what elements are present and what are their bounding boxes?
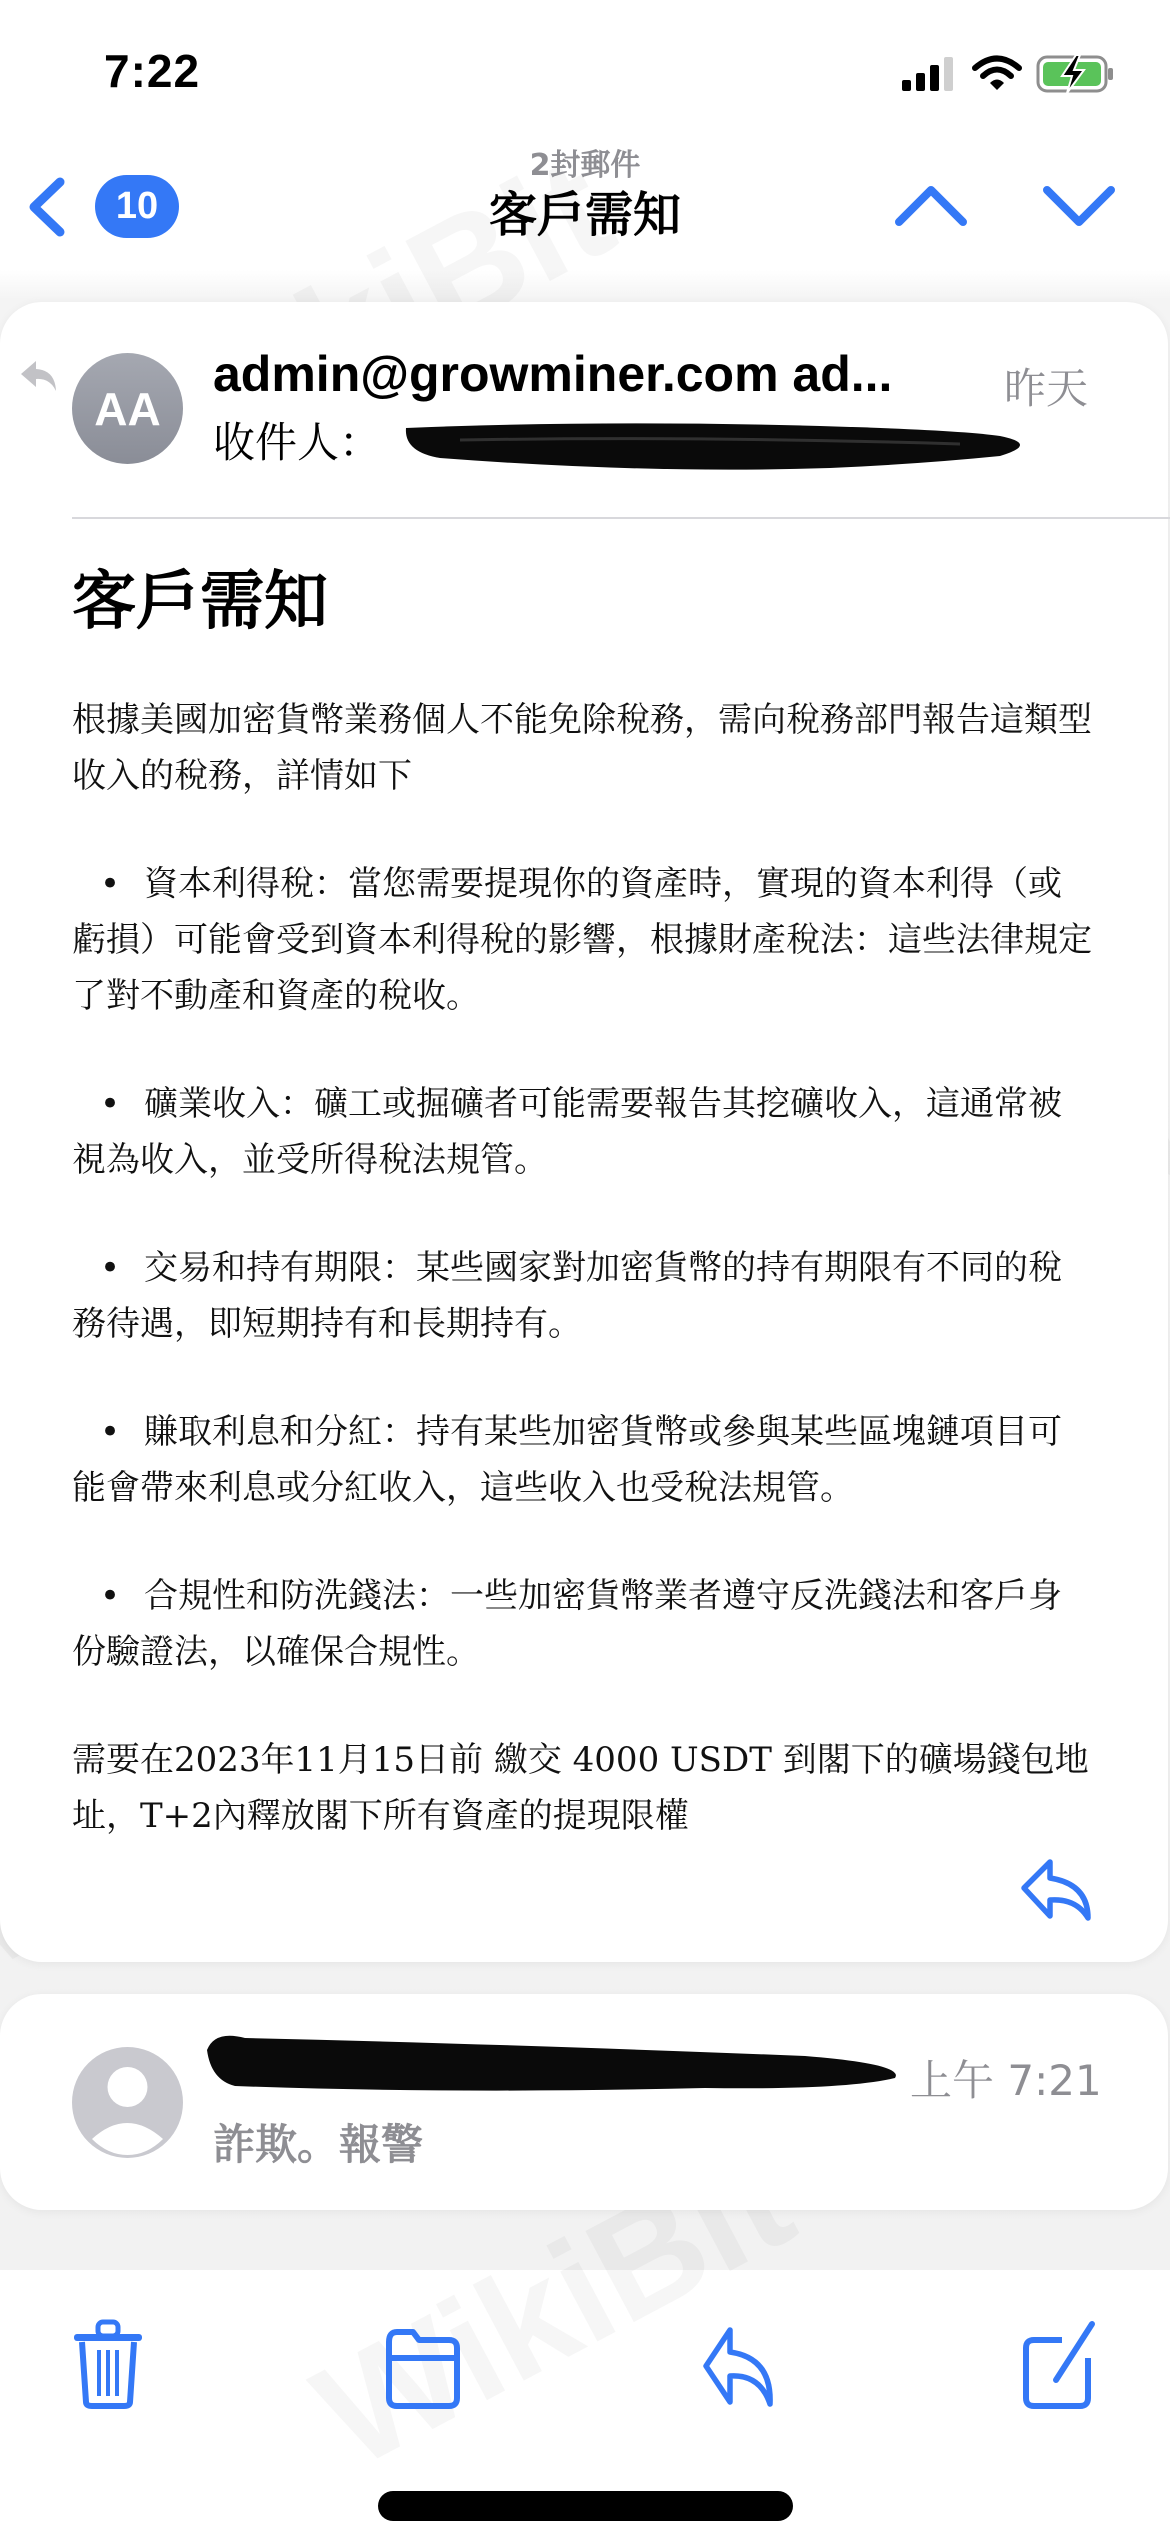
header-divider — [72, 517, 1170, 519]
intro-paragraph: 根據美國加密貨幣業務個人不能免除稅務，需向稅務部門報告這類型收入的稅務，詳情如下 — [72, 692, 1092, 804]
bullet-dot: • — [72, 1076, 144, 1132]
message-preview: 詐欺。報警 — [213, 2112, 423, 2172]
message-body: 根據美國加密貨幣業務個人不能免除稅務，需向稅務部門報告這類型收入的稅務，詳情如下… — [72, 692, 1092, 1896]
recipient-label: 收件人： — [213, 410, 381, 470]
home-indicator[interactable] — [378, 2491, 793, 2521]
battery-charging-icon — [1036, 54, 1116, 94]
bullet-text: 資本利得稅：當您需要提現你的資產時，實現的資本利得（或虧損）可能會受到資本利得稅… — [72, 864, 1092, 1016]
sender-avatar[interactable]: AA — [72, 353, 183, 464]
bullet-text: 賺取利息和分紅：持有某些加密貨幣或參與某些區塊鏈項目可能會帶來利息或分紅收入，這… — [72, 1412, 1062, 1508]
message-date: 昨天 — [1004, 356, 1088, 416]
redacted-sender[interactable] — [205, 2030, 905, 2100]
chevron-up-icon[interactable] — [893, 182, 969, 230]
bullet-dot: • — [72, 1404, 144, 1460]
bullet-dot: • — [72, 1240, 144, 1296]
bullet-item: •資本利得稅：當您需要提現你的資產時，實現的資本利得（或虧損）可能會受到資本利得… — [72, 856, 1092, 1024]
bullet-item: •合規性和防洗錢法：一些加密貨幣業者遵守反洗錢法和客戶身份驗證法，以確保合規性。 — [72, 1568, 1092, 1680]
bullet-item: •礦業收入：礦工或掘礦者可能需要報告其挖礦收入，這通常被視為收入，並受所得稅法規… — [72, 1076, 1092, 1188]
trash-icon[interactable] — [68, 2318, 148, 2410]
reply-icon[interactable] — [700, 2318, 780, 2410]
bullet-item: •賺取利息和分紅：持有某些加密貨幣或參與某些區塊鏈項目可能會帶來利息或分紅收入，… — [72, 1404, 1092, 1516]
bullet-text: 交易和持有期限：某些國家對加密貨幣的持有期限有不同的稅務待遇，即短期持有和長期持… — [72, 1248, 1062, 1344]
sender-address[interactable]: admin@growminer.com ad... — [213, 345, 892, 403]
message-time: 上午 7:21 — [910, 2048, 1102, 2108]
chevron-down-icon[interactable] — [1041, 182, 1117, 230]
bullet-dot: • — [72, 856, 144, 912]
person-avatar-icon[interactable] — [72, 2047, 183, 2158]
cellular-signal-icon — [900, 56, 958, 92]
status-icons — [900, 52, 1116, 96]
bullet-text: 合規性和防洗錢法：一些加密貨幣業者遵守反洗錢法和客戶身份驗證法，以確保合規性。 — [72, 1576, 1062, 1672]
nav-title: 客戶需知 — [0, 176, 1170, 245]
message-subject: 客戶需知 — [72, 550, 328, 642]
reply-icon[interactable] — [1018, 1858, 1096, 1922]
status-time: 7:22 — [104, 44, 200, 98]
bullet-text: 礦業收入：礦工或掘礦者可能需要報告其挖礦收入，這通常被視為收入，並受所得稅法規管… — [72, 1084, 1062, 1180]
bullet-item: •交易和持有期限：某些國家對加密貨幣的持有期限有不同的稅務待遇，即短期持有和長期… — [72, 1240, 1092, 1352]
redacted-recipient[interactable] — [400, 418, 1045, 480]
compose-icon[interactable] — [1020, 2318, 1100, 2410]
bullet-dot: • — [72, 1568, 144, 1624]
wifi-icon — [972, 55, 1022, 93]
closing-paragraph: 需要在2023年11月15日前 繳交 4000 USDT 到閣下的礦場錢包地址，… — [72, 1732, 1092, 1844]
folder-icon[interactable] — [383, 2318, 463, 2410]
replied-indicator-icon — [18, 358, 60, 394]
